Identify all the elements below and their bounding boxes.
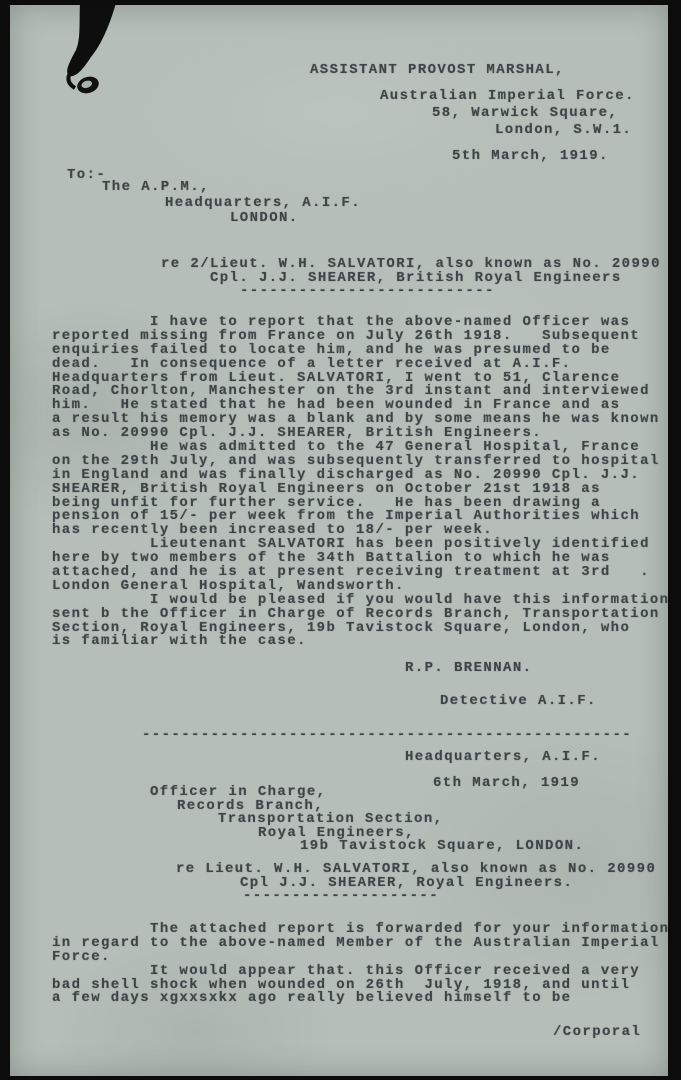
torn-paper-flap	[10, 5, 140, 115]
text-line: Australian Imperial Force.	[380, 88, 635, 105]
section-divider: ----------------------------------------…	[142, 727, 632, 743]
document-page: ASSISTANT PROVOST MARSHAL, Australian Im…	[10, 5, 668, 1076]
text-line: --------------------	[243, 890, 656, 904]
text-line: 58, Warwick Square,	[432, 105, 635, 122]
letter1-recipient-address: The A.P.M.,Headquarters, A.I.F.LONDON.	[102, 180, 361, 227]
letter2-header: Headquarters, A.I.F.	[405, 749, 601, 765]
text-line: London, S.W.1.	[495, 122, 635, 139]
text-line: --------------------------	[240, 285, 661, 299]
letter1-subject: re 2/Lieut. W.H. SALVATORI, also known a…	[161, 258, 661, 299]
letter1-sender-title: ASSISTANT PROVOST MARSHAL,	[310, 62, 565, 78]
letter2-recipient-address: Officer in Charge,Records Branch,Transpo…	[150, 786, 584, 854]
text-line: a few days xgxxsxkx ago really believed …	[52, 992, 670, 1006]
letter1-sender-address: Australian Imperial Force.58, Warwick Sq…	[380, 88, 635, 139]
letter2-body: The attached report is forwarded for you…	[52, 923, 670, 1006]
letter1-body: I have to report that the above-named Of…	[52, 316, 670, 649]
text-line: Headquarters, A.I.F.	[165, 196, 361, 212]
text-line: The A.P.M.,	[102, 180, 361, 196]
text-line: LONDON.	[230, 211, 361, 227]
punch-hole	[75, 74, 101, 96]
letter1-signature-name: R.P. BRENNAN.	[405, 660, 532, 676]
letter1-to-label: To:-	[67, 167, 106, 183]
text-line: 19b Tavistock Square, LONDON.	[300, 840, 584, 854]
letter1-date: 5th March, 1919.	[452, 148, 609, 164]
letter1-signature-role: Detective A.I.F.	[440, 693, 597, 709]
text-line: in regard to the above-named Member of t…	[52, 937, 670, 951]
text-line: is familiar with the case.	[52, 635, 670, 649]
letter2-subject: re Lieut. W.H. SALVATORI, also known as …	[176, 863, 656, 904]
catchword-corporal: /Corporal	[553, 1024, 641, 1040]
